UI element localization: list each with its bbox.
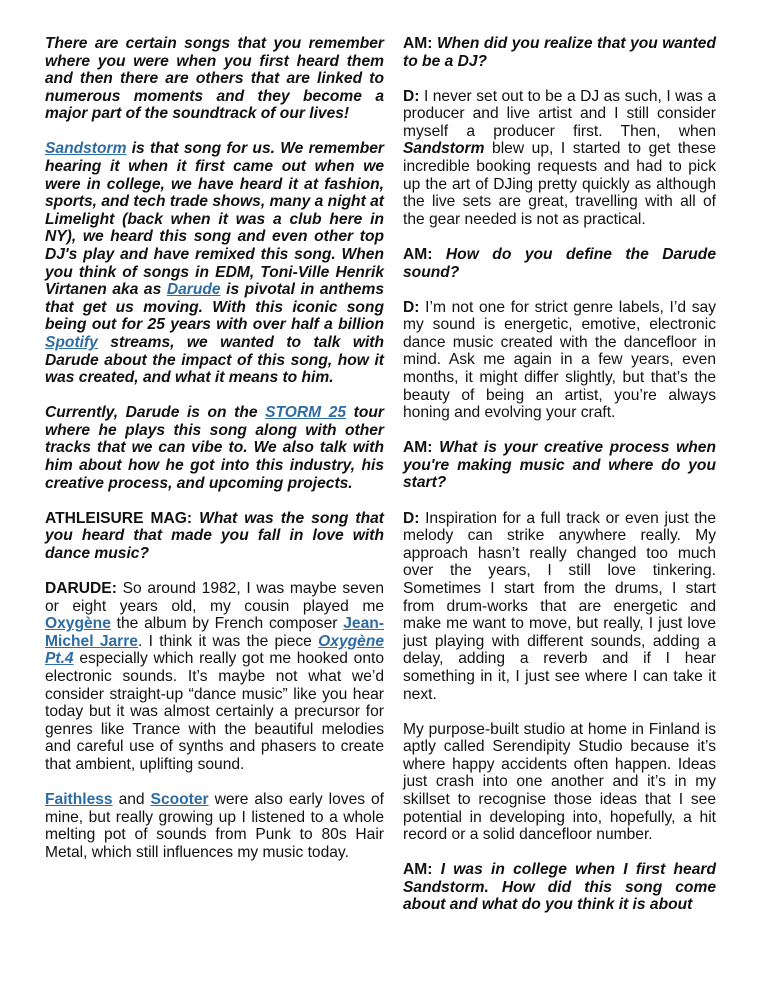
storm25-link[interactable]: STORM 25 <box>265 404 346 421</box>
answer-4: D: Inspiration for a full track or even … <box>403 510 716 704</box>
faithless-link[interactable]: Faithless <box>45 791 113 808</box>
intro-paragraph-1: There are certain songs that you remembe… <box>45 35 384 123</box>
answer-text: I never set out to be a DJ as such, I wa… <box>403 88 716 140</box>
question-4: AM: What is your creative process when y… <box>403 439 716 492</box>
sandstorm-link[interactable]: Sandstorm <box>45 140 126 157</box>
question-text: How do you define the Darude sound? <box>403 246 716 281</box>
answer-text: Inspiration for a full track or even jus… <box>403 510 716 703</box>
oxygene-link[interactable]: Oxygène <box>45 615 111 632</box>
question-2: AM: When did you realize that you wanted… <box>403 35 716 70</box>
answer-1: DARUDE: So around 1982, I was maybe seve… <box>45 580 384 774</box>
answer-text: especially which really got me hooked on… <box>45 650 384 773</box>
answer-3: D: I’m not one for strict genre labels, … <box>403 299 716 422</box>
intro-paragraph-2: Sandstorm is that song for us. We rememb… <box>45 140 384 386</box>
interviewer-label: AM: <box>403 246 432 263</box>
interviewer-label: ATHLEISURE MAG: <box>45 510 192 527</box>
sandstorm-emphasis: Sandstorm <box>403 140 484 157</box>
answer-text: and <box>113 791 151 808</box>
spotify-link[interactable]: Spotify <box>45 334 98 351</box>
interviewer-label: AM: <box>403 439 432 456</box>
interviewee-label: D: <box>403 510 419 527</box>
question-1: ATHLEISURE MAG: What was the song that y… <box>45 510 384 563</box>
intro-text: is that song for us. We remember hearing… <box>45 140 384 298</box>
question-text: When did you realize that you wanted to … <box>403 35 716 70</box>
intro-paragraph-3: Currently, Darude is on the STORM 25 tou… <box>45 404 384 492</box>
scooter-link[interactable]: Scooter <box>151 791 209 808</box>
interviewer-label: AM: <box>403 861 432 878</box>
answer-2: D: I never set out to be a DJ as such, I… <box>403 88 716 229</box>
answer-text: . I think it was the piece <box>138 633 318 650</box>
question-3: AM: How do you define the Darude sound? <box>403 246 716 281</box>
question-text: I was in college when I first heard Sand… <box>403 861 716 913</box>
answer-text: I’m not one for strict genre labels, I’d… <box>403 299 716 422</box>
question-5: AM: I was in college when I first heard … <box>403 861 716 914</box>
answer-text: the album by French composer <box>111 615 343 632</box>
right-column: AM: When did you realize that you wanted… <box>403 35 716 932</box>
magazine-page: There are certain songs that you remembe… <box>0 0 768 994</box>
question-text: What is your creative process when you'r… <box>403 439 716 491</box>
interviewer-label: AM: <box>403 35 432 52</box>
darude-link[interactable]: Darude <box>167 281 221 298</box>
intro-text: Currently, Darude is on the <box>45 404 265 421</box>
interviewee-label: DARUDE: <box>45 580 117 597</box>
answer-1-paragraph-2: Faithless and Scooter were also early lo… <box>45 791 384 861</box>
interviewee-label: D: <box>403 88 419 105</box>
answer-4-paragraph-2: My purpose-built studio at home in Finla… <box>403 721 716 844</box>
left-column: There are certain songs that you remembe… <box>45 35 384 879</box>
interviewee-label: D: <box>403 299 419 316</box>
